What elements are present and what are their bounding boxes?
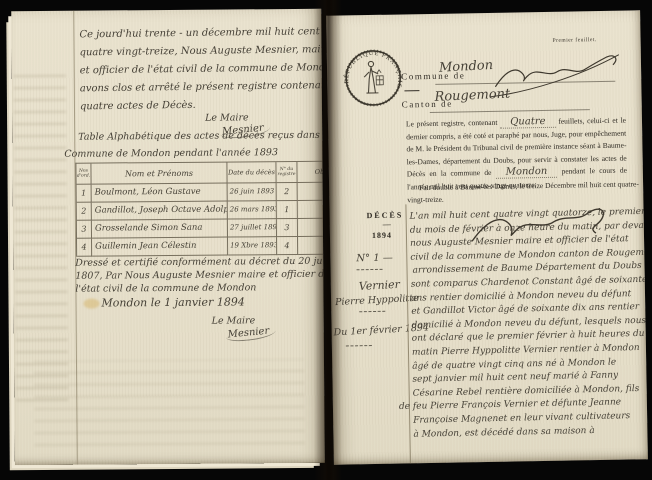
table-row: 3 Grosselande Simon Sana 27 juillet 1893…	[77, 218, 325, 238]
deceased-surname: Vernier	[359, 278, 401, 293]
fill-rule	[404, 90, 419, 91]
cell-date: 19 Xbre 1893	[228, 237, 277, 255]
cell-obs	[298, 200, 325, 219]
header-observations: Observations	[297, 161, 324, 183]
pen-dashes	[346, 345, 372, 346]
mayor-signature: Mesnier	[225, 325, 276, 343]
cell-num: 4	[77, 239, 92, 257]
signoff-le-maire: Le Maire	[212, 315, 256, 326]
cell-obs	[298, 182, 325, 201]
canton-value: Rougemont	[434, 87, 510, 105]
signoff-le-maire: Le Maire	[205, 112, 249, 123]
commune-value: Mondon	[439, 58, 494, 76]
table-row: 4 Guillemin Jean Célestin 19 Xbre 1893 4	[77, 236, 325, 256]
pen-dashes	[357, 269, 383, 270]
cell-num: 3	[77, 221, 92, 239]
svg-text:RÉPUBLIQUE FRANÇAISE: RÉPUBLIQUE FRANÇAISE	[342, 46, 404, 90]
register-scan: Ce jourd'hui trente - un décembre mil hu…	[0, 0, 652, 480]
paper-stain	[83, 299, 99, 309]
certification-line: l'état civil de la commune de Mondon	[75, 281, 324, 296]
cell-reg: 1	[277, 201, 298, 219]
deces-dash: —	[383, 220, 391, 229]
place-and-date: Mondon le 1 janvier 1894	[101, 295, 244, 309]
cell-reg: 4	[277, 237, 298, 255]
deces-heading: DÉCÈS	[367, 210, 404, 220]
stamp-text: RÉPUBLIQUE FRANÇAISE	[342, 46, 404, 90]
table-row: 1 Boulmont, Léon Gustave 26 juin 1893 2	[77, 182, 325, 202]
header-name: Nom et Prénoms	[91, 163, 227, 185]
cell-date: 26 mars 1893	[228, 201, 277, 219]
pen-dashes	[359, 311, 385, 312]
preamble-text: Le présent registre, contenant	[406, 118, 498, 129]
feuillets-count-insert: Quatre	[500, 116, 556, 129]
cell-reg: 2	[277, 183, 298, 201]
header-registre: N° du registre	[276, 162, 297, 183]
cell-obs	[298, 218, 325, 237]
cell-date: 27 juillet 1893	[228, 219, 277, 237]
cell-num: 1	[77, 185, 92, 203]
table-title-line1: Table Alphabétique des actes de décès re…	[78, 130, 325, 143]
cell-obs	[298, 236, 325, 255]
left-page: Ce jourd'hui trente - un décembre mil hu…	[11, 9, 325, 465]
certification-line: 1807, Par Nous Auguste Mesnier maire et …	[75, 268, 325, 283]
cell-num: 2	[77, 203, 92, 221]
header-num: Nos d'ord.	[76, 164, 91, 185]
bleedthrough-ghost	[14, 71, 69, 411]
fait-double-line: vingt-treize.	[407, 195, 444, 205]
fill-rule	[430, 109, 590, 113]
deaths-index-table: Nos d'ord. Nom et Prénoms Date du décès …	[75, 160, 324, 256]
cell-name: Guillemin Jean Célestin	[92, 238, 228, 257]
deces-year: 1894	[372, 231, 392, 240]
cell-name: Gandillot, Joseph Octave Adolphe	[92, 202, 228, 221]
cell-reg: 3	[277, 219, 298, 237]
republique-francaise-seal-icon: RÉPUBLIQUE FRANÇAISE	[342, 46, 405, 109]
cell-name: Grosselande Simon Sana	[92, 220, 228, 239]
header-date: Date du décès	[227, 162, 276, 183]
table-row: 2 Gandillot, Joseph Octave Adolphe 26 ma…	[77, 200, 325, 220]
right-page: Premier feuillet. RÉPUBLIQUE FRANÇAISE C…	[326, 10, 648, 464]
table-header-row: Nos d'ord. Nom et Prénoms Date du décès …	[76, 161, 324, 184]
closing-line: quatre actes de Décès.	[80, 95, 325, 116]
death-act-text: L'an mil huit cent quatre vingt quatorze…	[410, 206, 648, 441]
cell-name: Boulmont, Léon Gustave	[92, 184, 228, 203]
commune-insert: Mondon	[496, 166, 558, 179]
bleedthrough-ghost	[34, 359, 305, 456]
certification-statement: Dressé et certifié conformément au décre…	[75, 255, 325, 296]
folio-label: Premier feuillet.	[553, 37, 597, 44]
cell-date: 26 juin 1893	[228, 183, 277, 201]
act-number: N° 1 —	[356, 253, 393, 265]
closing-statement: Ce jourd'hui trente - un décembre mil hu…	[79, 24, 324, 116]
table-title-line2: Commune de Mondon pendant l'année 1893	[64, 147, 278, 160]
